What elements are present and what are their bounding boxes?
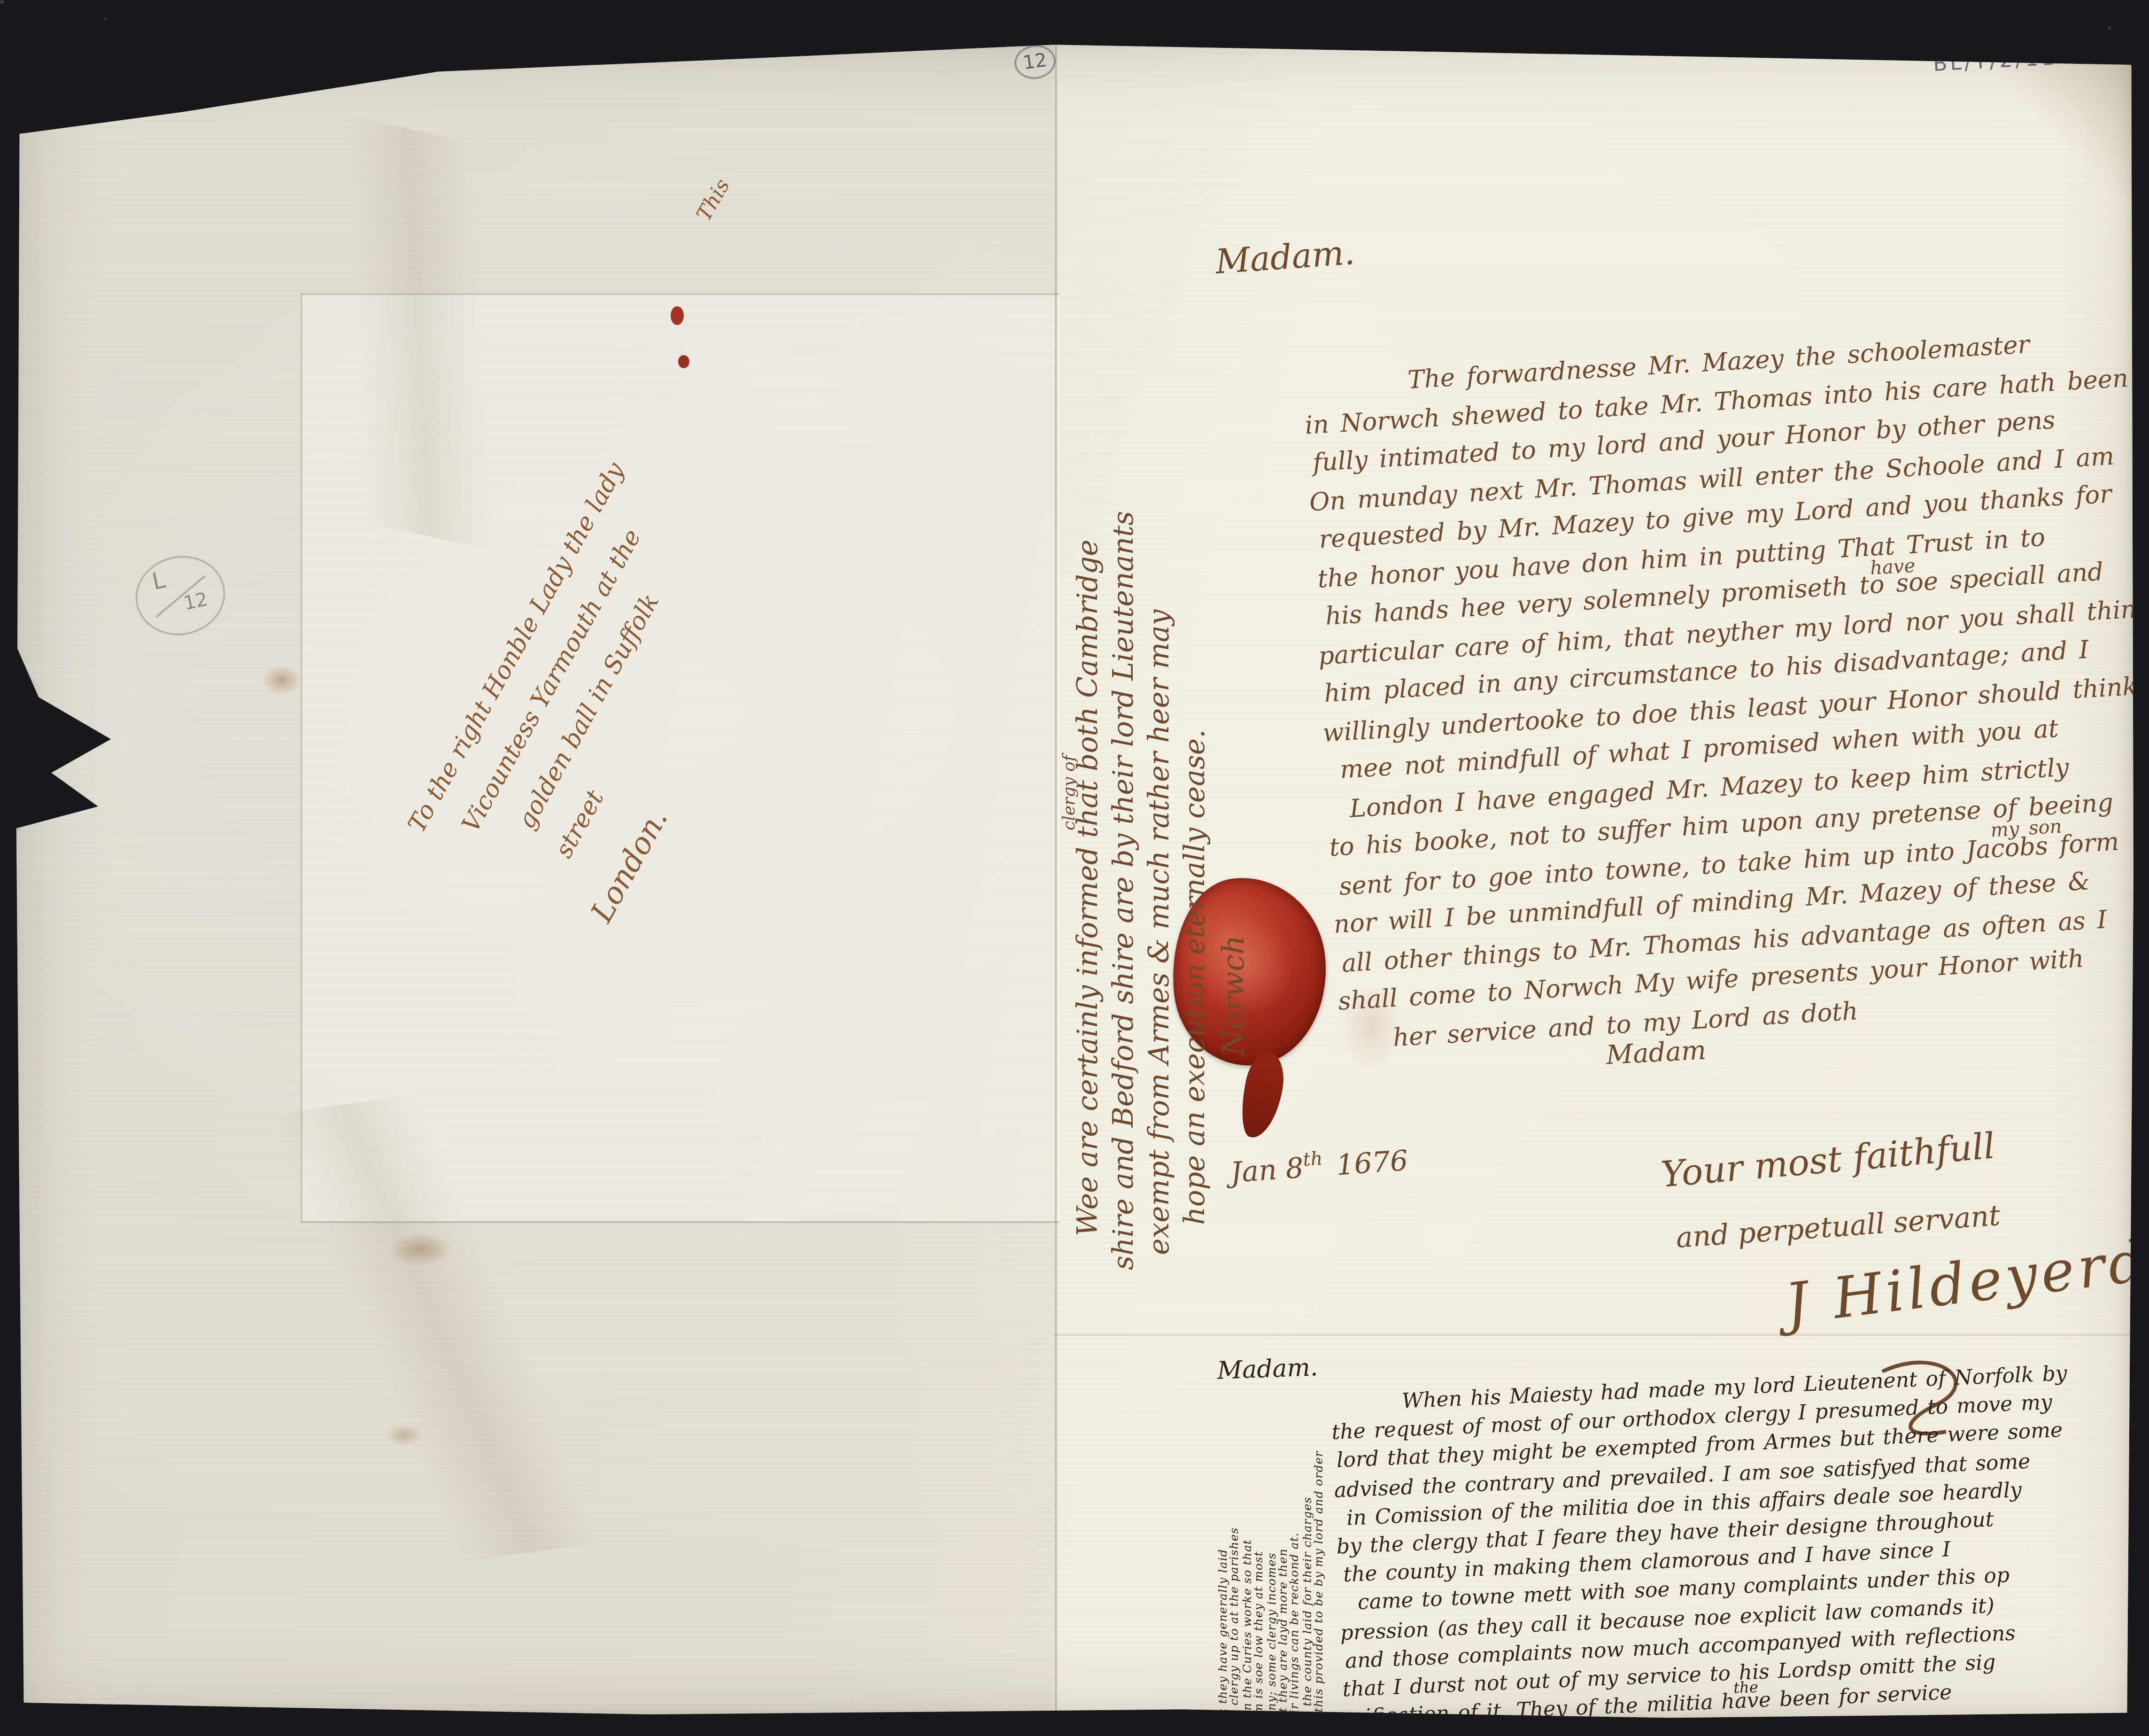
photo-background: BL/Y/2/11 12 L 12 This To the right Honb… <box>0 0 2149 1736</box>
margin-note-line: hope an execution eternally cease. <box>1178 560 1214 1225</box>
interlinear-insertion: my son <box>1990 810 2063 853</box>
interlinear-insertion: have <box>1869 550 1916 590</box>
wax-drip-spot <box>678 355 689 368</box>
fold-crease-right-leaf <box>1054 1334 2138 1336</box>
postscript-margin-line: som is soe low they at most <box>1255 1385 1268 1728</box>
postscript-salutation: Madam. <box>1217 1355 1318 1386</box>
interlinear-insertion: clergy of <box>1054 755 1090 830</box>
ink-stain <box>385 1424 423 1447</box>
wax-drip-spot <box>671 306 684 325</box>
letter-paper: BL/Y/2/11 12 L 12 This To the right Honb… <box>13 41 2138 1723</box>
manuscript-photograph: BL/Y/2/11 12 L 12 This To the right Honb… <box>0 0 2149 1736</box>
stamp-letter: L <box>150 567 168 595</box>
postscript-margin-note: that they have generally laid the clergy… <box>1219 1385 1328 1734</box>
margin-note-place: Norwch <box>1215 560 1251 1056</box>
folded-corner-shadow <box>1999 60 2138 195</box>
stamp-number: 12 <box>182 590 210 616</box>
date-year: 1676 <box>1335 1144 1409 1182</box>
ink-stain <box>261 665 302 695</box>
closing-address: Madam <box>1605 1036 1707 1071</box>
dust-specks <box>0 0 4 4</box>
postscript-margin-line: All this provided to be by my lord and o… <box>1315 1385 1328 1734</box>
margin-note-line: shire and Bedford shire are by their lor… <box>1106 560 1142 1270</box>
ink-stain <box>389 1232 453 1266</box>
postscript-body: When his Maiesty had made my lord Lieute… <box>1330 1356 2149 1733</box>
margin-note: Wee are certainly informed that both Cam… <box>1071 560 1259 1278</box>
date-superscript: th <box>1302 1149 1323 1171</box>
interlinear-insertion: the <box>1733 1673 1759 1703</box>
folio-number: 12 <box>1022 50 1049 74</box>
margin-note-line: exempt from Armes & much rather heer may <box>1142 560 1178 1255</box>
margin-note-line: Wee are certainly informed that both Cam… <box>1071 560 1106 1236</box>
letter-body: The forwardnesse Mr. Mazey the schoolema… <box>1302 322 2149 1062</box>
